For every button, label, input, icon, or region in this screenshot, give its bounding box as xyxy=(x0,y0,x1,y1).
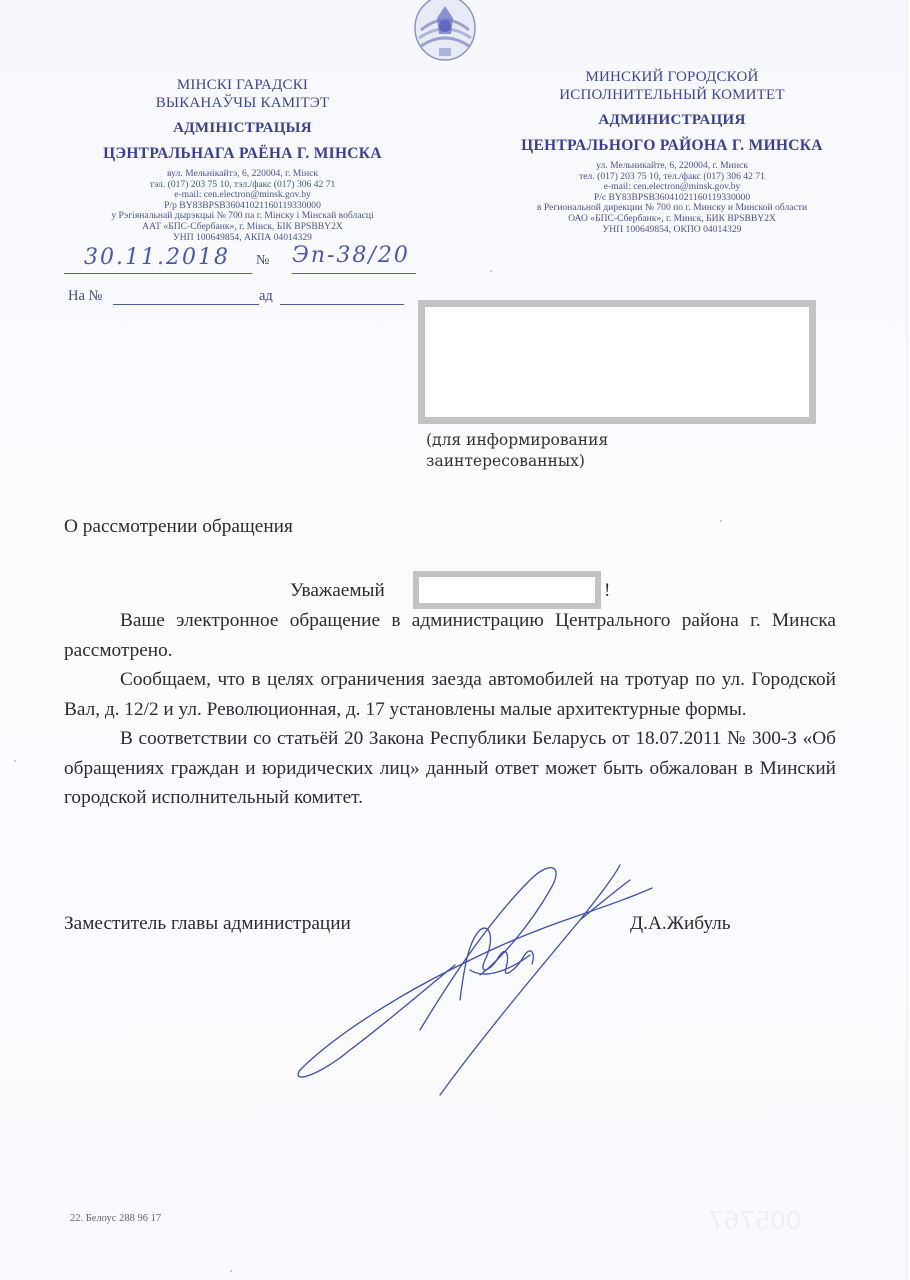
scan-speck xyxy=(14,760,16,762)
administration-name-line1: АДМИНИСТРАЦИЯ xyxy=(482,112,862,129)
handwritten-outgoing-number: Эп-38/20 xyxy=(292,243,410,268)
showthrough-serial-number: 005767 xyxy=(708,1205,801,1236)
recipient-note-line2: заинтересованных) xyxy=(426,451,608,472)
registration-line: 30.11.2018 № Эп-38/20 xyxy=(64,247,424,277)
requisite-bank: ААТ «БПС-Сбербанк», г. Мінск, БІК BPSBBY… xyxy=(55,222,430,233)
page-edge xyxy=(906,0,910,1280)
date-underline xyxy=(64,273,252,274)
administration-name-line2: ЦЭНТРАЛЬНАГА РАЁНА Г. МІНСКА xyxy=(55,145,430,162)
org-name-line1: МИНСКИЙ ГОРОДСКОЙ xyxy=(482,68,862,86)
handwritten-signature-icon xyxy=(280,860,660,1100)
letter-body: Ваше электронное обращение в администрац… xyxy=(64,606,836,813)
scan-speck xyxy=(720,520,722,522)
body-paragraph: Ваше электронное обращение в администрац… xyxy=(64,606,836,665)
executor-note: 22. Белоус 288 96 17 xyxy=(70,1213,161,1224)
letter-subject: О рассмотрении обращения xyxy=(64,516,293,538)
reference-from-label: ад xyxy=(259,288,273,305)
requisite-address: вул. Мельнікайтэ, 6, 220004, г. Мінск xyxy=(55,169,430,180)
letterhead-russian: МИНСКИЙ ГОРОДСКОЙ ИСПОЛНИТЕЛЬНЫЙ КОМИТЕТ… xyxy=(482,68,862,235)
scan-speck xyxy=(490,270,492,272)
recipient-note-line1: (для информирования xyxy=(426,430,608,451)
reference-number-blank xyxy=(113,304,259,305)
scan-speck xyxy=(230,1270,232,1272)
handwritten-date: 30.11.2018 xyxy=(84,245,230,270)
number-underline xyxy=(292,273,416,274)
administration-name-line1: АДМІНІСТРАЦЫЯ xyxy=(55,120,430,137)
reference-line: На № ад xyxy=(68,288,408,308)
salutation: Уважаемый xyxy=(290,580,385,602)
salutation-exclamation: ! xyxy=(604,580,610,602)
org-name-line1: МІНСКІ ГАРАДСКІ xyxy=(55,76,430,94)
recipient-note: (для информирования заинтересованных) xyxy=(426,430,608,472)
body-paragraph: Сообщаем, что в целях ограничения заезда… xyxy=(64,665,836,724)
scanned-letter-page: МІНСКІ ГАРАДСКІ ВЫКАНАЎЧЫ КАМІТЭТ АДМІНІ… xyxy=(0,0,910,1280)
reference-number-label: На № xyxy=(68,288,102,305)
redacted-recipient-name xyxy=(413,571,601,609)
requisites-block: вул. Мельнікайтэ, 6, 220004, г. Мінск тэ… xyxy=(55,169,430,243)
number-sign: № xyxy=(256,253,269,269)
org-name-line2: ИСПОЛНИТЕЛЬНЫЙ КОМИТЕТ xyxy=(482,86,862,104)
requisite-address: ул. Мельникайте, 6, 220004, г. Минск xyxy=(482,161,862,172)
reference-date-blank xyxy=(280,304,404,305)
requisite-ids: УНП 100649854, АКПА 04014329 xyxy=(55,233,430,244)
redacted-recipient-address xyxy=(418,300,816,424)
body-paragraph: В соответствии со статьёй 20 Закона Респ… xyxy=(64,724,836,813)
letterhead-belarusian: МІНСКІ ГАРАДСКІ ВЫКАНАЎЧЫ КАМІТЭТ АДМІНІ… xyxy=(55,76,430,243)
state-emblem-icon xyxy=(407,0,483,62)
requisite-bank: ОАО «БПС-Сбербанк», г. Минск, БИК BPSBBY… xyxy=(482,214,862,225)
org-name-line2: ВЫКАНАЎЧЫ КАМІТЭТ xyxy=(55,94,430,112)
requisite-ids: УНП 100649854, ОКПО 04014329 xyxy=(482,225,862,236)
requisites-block: ул. Мельникайте, 6, 220004, г. Минск тел… xyxy=(482,161,862,235)
administration-name-line2: ЦЕНТРАЛЬНОГО РАЙОНА Г. МИНСКА xyxy=(482,137,862,154)
